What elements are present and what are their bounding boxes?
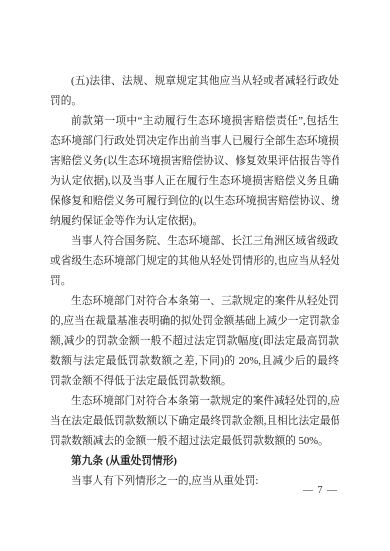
- paragraph: 当事人符合国务院、生态环境部、长江三角洲区域省级政府或省级生态环境部门规定的其他…: [50, 231, 339, 291]
- paragraph: 当事人有下列情形之一的,应当从重处罚:: [50, 471, 339, 491]
- text-line: 纳履约保证金等作为认定依据)。: [50, 211, 339, 231]
- text-line: 罚款金额不得低于法定最低罚款数额。: [50, 371, 339, 391]
- text-line: 第九条 (从重处罚情形): [50, 451, 339, 471]
- text-line: 害赔偿义务(以生态环境损害赔偿协议、修复效果评估报告等作: [50, 151, 339, 171]
- paragraph: 生态环境部门对符合本条第一款规定的案件减轻处罚的,应当在法定最低罚款数额以下确定…: [50, 391, 339, 451]
- text-line: (五)法律、法规、规章规定其他应当从轻或者减轻行政处: [50, 71, 339, 91]
- document-page: (五)法律、法规、规章规定其他应当从轻或者减轻行政处罚的。前款第一项中“主动履行…: [0, 0, 390, 551]
- text-line: 前款第一项中“主动履行生态环境损害赔偿责任”,包括生: [50, 111, 339, 131]
- text-block: (五)法律、法规、规章规定其他应当从轻或者减轻行政处罚的。前款第一项中“主动履行…: [50, 71, 339, 491]
- text-line: 罚款数额减去的金额一般不超过法定最低罚款数额的 50%。: [50, 431, 339, 451]
- text-line: 罚的。: [50, 91, 339, 111]
- text-line: 为认定依据),以及当事人正在履行生态环境损害赔偿义务且确: [50, 171, 339, 191]
- text-line: 生态环境部门对符合本条第一款规定的案件减轻处罚的,应: [50, 391, 339, 411]
- text-line: 罚。: [50, 271, 339, 291]
- page-number: — 7 —: [303, 485, 338, 497]
- text-line: 态环境部门行政处罚决定作出前当事人已履行全部生态环境损: [50, 131, 339, 151]
- paragraph: (五)法律、法规、规章规定其他应当从轻或者减轻行政处罚的。: [50, 71, 339, 111]
- text-line: 当事人符合国务院、生态环境部、长江三角洲区域省级政府: [50, 231, 339, 251]
- text-line: 当事人有下列情形之一的,应当从重处罚:: [50, 471, 339, 491]
- text-line: 保修复和赔偿义务可履行到位的(以生态环境损害赔偿协议、缴: [50, 191, 339, 211]
- text-line: 当在法定最低罚款数额以下确定最终罚款金额,且相比法定最低: [50, 411, 339, 431]
- text-line: 生态环境部门对符合本条第一、三款规定的案件从轻处罚: [50, 291, 339, 311]
- text-line: 的,应当在裁量基准表明确的拟处罚金额基础上减少一定罚款金: [50, 311, 339, 331]
- paragraph: 生态环境部门对符合本条第一、三款规定的案件从轻处罚的,应当在裁量基准表明确的拟处…: [50, 291, 339, 391]
- text-line: 额,减少的罚款金额一般不超过法定罚款幅度(即法定最高罚款: [50, 331, 339, 351]
- text-line: 或省级生态环境部门规定的其他从轻处罚情形的,也应当从轻处: [50, 251, 339, 271]
- paragraph: 前款第一项中“主动履行生态环境损害赔偿责任”,包括生态环境部门行政处罚决定作出前…: [50, 111, 339, 231]
- section-heading: 第九条 (从重处罚情形): [50, 451, 339, 471]
- text-line: 数额与法定最低罚款数额之差,下同)的 20%,且减少后的最终: [50, 351, 339, 371]
